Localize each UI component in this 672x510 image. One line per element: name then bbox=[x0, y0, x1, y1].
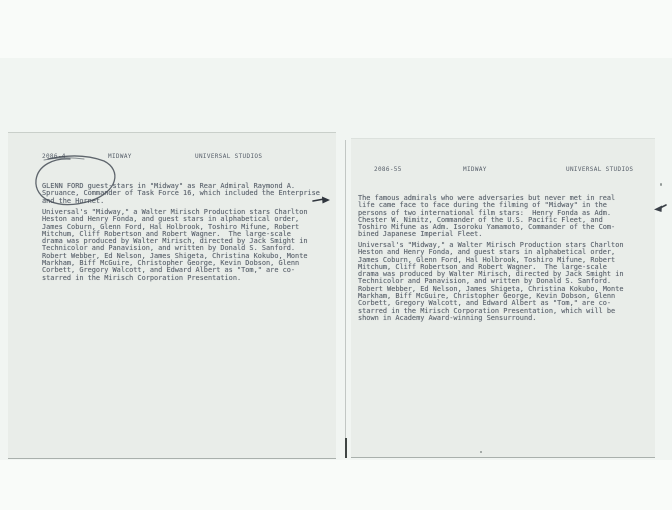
page-number-right: 2086-55 bbox=[374, 166, 402, 173]
film-title-left: MIDWAY bbox=[108, 153, 132, 160]
press-release-page-right: 2086-55 MIDWAY UNIVERSAL STUDIOS The fam… bbox=[351, 138, 655, 458]
press-release-page-left: 2086-4 MIDWAY UNIVERSAL STUDIOS GLENN FO… bbox=[8, 132, 336, 459]
page-number-left: 2086-4 bbox=[42, 153, 66, 160]
credits-paragraph-left: Universal's "Midway," a Walter Mirisch P… bbox=[42, 209, 308, 282]
scan-speck bbox=[660, 183, 662, 186]
credits-paragraph-right: Universal's "Midway," a Walter Mirisch P… bbox=[358, 242, 624, 322]
page-gap-shadow bbox=[345, 438, 347, 458]
studio-name-left: UNIVERSAL STUDIOS bbox=[195, 153, 262, 160]
studio-name-right: UNIVERSAL STUDIOS bbox=[566, 166, 633, 173]
caption-paragraph-right: The famous admirals who were adversaries… bbox=[358, 195, 615, 239]
caption-paragraph-left: GLENN FORD guest-stars in "Midway" as Re… bbox=[42, 183, 320, 205]
film-title-right: MIDWAY bbox=[463, 166, 487, 173]
page-gap-line bbox=[345, 140, 346, 457]
scan-speck bbox=[480, 451, 482, 453]
